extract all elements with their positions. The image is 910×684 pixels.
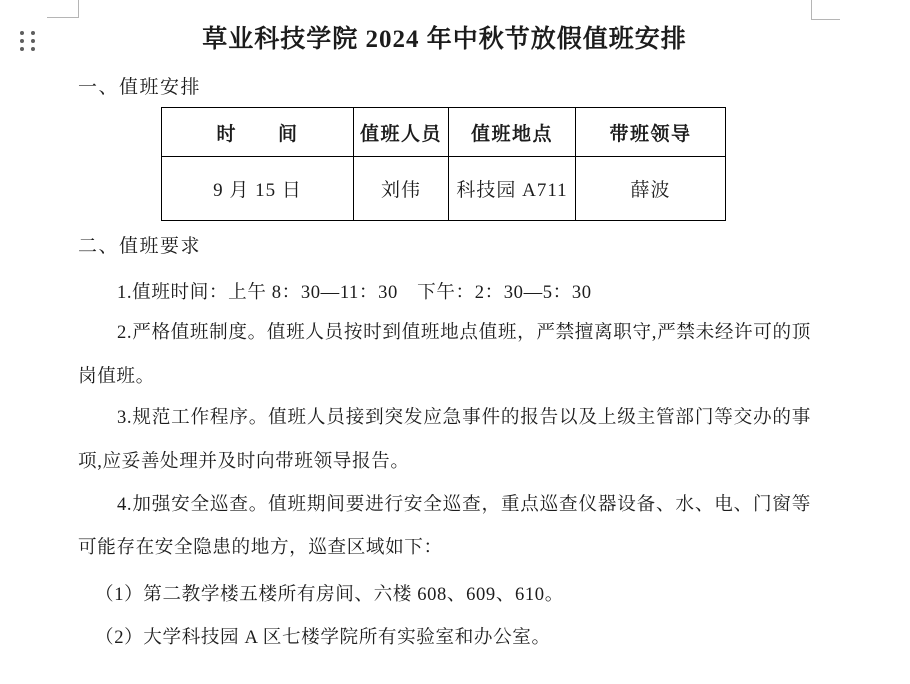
duty-schedule-table: 时 间 值班人员 值班地点 带班领导 9 月 15 日 刘伟 科技园 A711 … (161, 107, 726, 221)
requirement-item-3-line-2: 项,应妥善处理并及时向带班领导报告。 (78, 451, 811, 473)
document-page: 草业科技学院 2024 年中秋节放假值班安排 一、值班安排 时 间 值班人员 值… (0, 0, 910, 684)
table-header-leader: 带班领导 (576, 108, 726, 157)
cell-date: 9 月 15 日 (162, 157, 354, 221)
requirement-item-4-line-1: 4.加强安全巡查。值班期间要进行安全巡查，重点巡查仪器设备、水、电、门窗等 (78, 494, 811, 516)
patrol-area-sub-item-1: （1）第二教学楼五楼所有房间、六楼 608、609、610。 (78, 584, 811, 606)
section-heading-duty-arrangement: 一、值班安排 (78, 77, 201, 98)
section-heading-duty-requirements: 二、值班要求 (78, 236, 201, 257)
table-row: 9 月 15 日 刘伟 科技园 A711 薛波 (162, 157, 726, 221)
requirement-item-2-line-2: 岗值班。 (78, 366, 811, 388)
patrol-area-sub-item-2: （2）大学科技园 A 区七楼学院所有实验室和办公室。 (78, 627, 811, 649)
requirement-item-1: 1.值班时间：上午 8：30—11：30 下午：2：30—5：30 (78, 282, 811, 304)
requirement-item-2-line-1: 2.严格值班制度。值班人员按时到值班地点值班，严禁擅离职守,严禁未经许可的顶 (78, 322, 811, 344)
page-margin-crop-mark-top-left-icon (47, 0, 79, 18)
table-header-row: 时 间 值班人员 值班地点 带班领导 (162, 108, 726, 157)
table-header-duty-person: 值班人员 (354, 108, 449, 157)
paragraph-drag-handle-icon[interactable] (20, 31, 35, 51)
cell-leader: 薛波 (576, 157, 726, 221)
document-title: 草业科技学院 2024 年中秋节放假值班安排 (78, 25, 811, 55)
table-header-time: 时 间 (162, 108, 354, 157)
requirement-item-4-line-2: 可能存在安全隐患的地方，巡查区域如下： (78, 537, 811, 559)
table-header-duty-location: 值班地点 (449, 108, 576, 157)
cell-duty-location: 科技园 A711 (449, 157, 576, 221)
cell-duty-person: 刘伟 (354, 157, 449, 221)
requirement-item-3-line-1: 3.规范工作程序。值班人员接到突发应急事件的报告以及上级主管部门等交办的事 (78, 407, 811, 429)
page-margin-crop-mark-top-right-icon (811, 0, 840, 20)
